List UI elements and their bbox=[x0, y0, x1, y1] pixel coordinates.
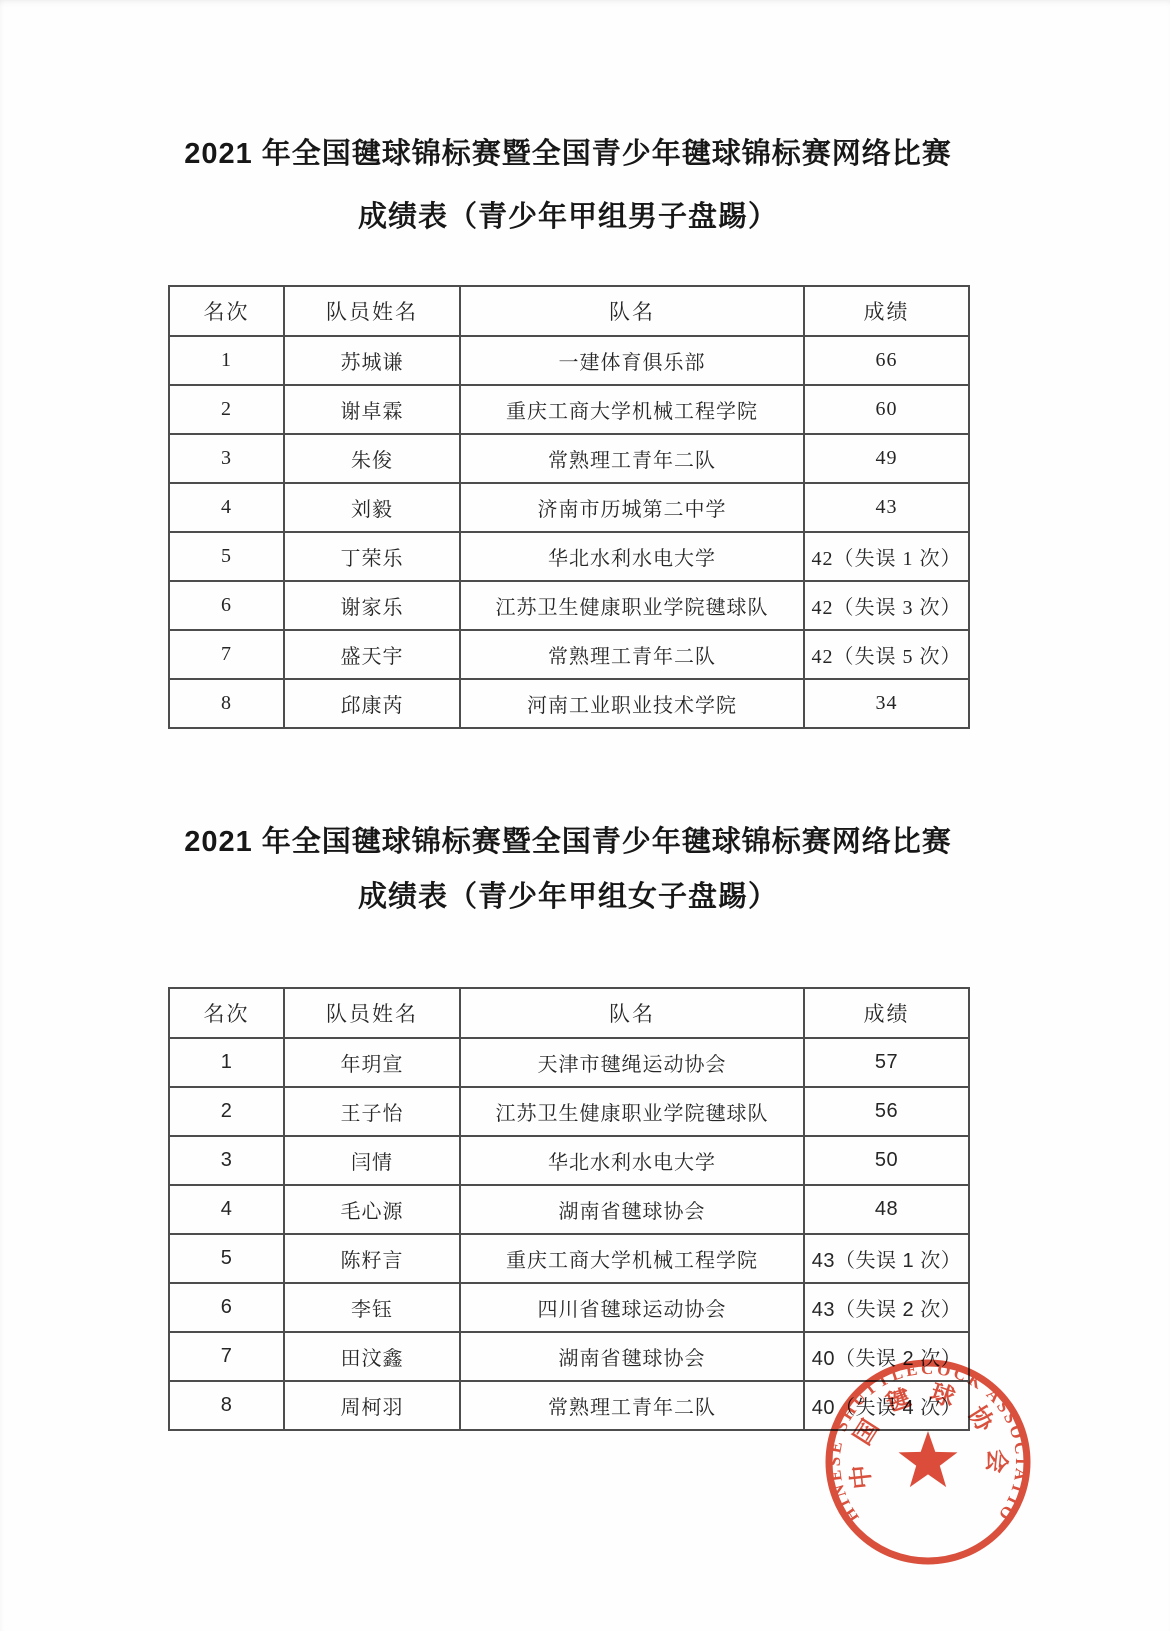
boys-section-title-line2: 成绩表（青少年甲组男子盘踢） bbox=[168, 197, 968, 237]
table-cell: 重庆工商大学机械工程学院 bbox=[460, 385, 804, 434]
table-cell: 1 bbox=[169, 336, 284, 385]
table-cell: 江苏卫生健康职业学院毽球队 bbox=[460, 1087, 804, 1136]
table-cell: 8 bbox=[169, 679, 284, 728]
table-cell: 常熟理工青年二队 bbox=[460, 630, 804, 679]
table-cell: 周柯羽 bbox=[284, 1381, 460, 1430]
table-cell: 57 bbox=[804, 1038, 969, 1087]
table-row: 3朱俊常熟理工青年二队49 bbox=[169, 434, 969, 483]
table-cell: 43（失误 1 次） bbox=[804, 1234, 969, 1283]
col-header-team-name: 队名 bbox=[460, 286, 804, 336]
table-cell: 谢卓霖 bbox=[284, 385, 460, 434]
table-cell: 42（失误 5 次） bbox=[804, 630, 969, 679]
table-cell: 34 bbox=[804, 679, 969, 728]
table-row: 1年玥宣天津市毽绳运动协会57 bbox=[169, 1038, 969, 1087]
table-cell: 3 bbox=[169, 434, 284, 483]
table-cell: 5 bbox=[169, 1234, 284, 1283]
table-cell: 湖南省毽球协会 bbox=[460, 1185, 804, 1234]
table-cell: 朱俊 bbox=[284, 434, 460, 483]
table-cell: 40（失误 4 次） bbox=[804, 1381, 969, 1430]
table-cell: 7 bbox=[169, 630, 284, 679]
table-cell: 60 bbox=[804, 385, 969, 434]
table-cell: 刘毅 bbox=[284, 483, 460, 532]
table-cell: 李钰 bbox=[284, 1283, 460, 1332]
col-header-rank: 名次 bbox=[169, 988, 284, 1038]
table-cell: 66 bbox=[804, 336, 969, 385]
table-row: 5陈籽言重庆工商大学机械工程学院43（失误 1 次） bbox=[169, 1234, 969, 1283]
table-cell: 湖南省毽球协会 bbox=[460, 1332, 804, 1381]
table-cell: 河南工业职业技术学院 bbox=[460, 679, 804, 728]
document-page: 2021 年全国毽球锦标赛暨全国青少年毽球锦标赛网络比赛 成绩表（青少年甲组男子… bbox=[0, 0, 1170, 1631]
table-row: 1苏城谦一建体育俱乐部66 bbox=[169, 336, 969, 385]
table-cell: 4 bbox=[169, 1185, 284, 1234]
stamp-star-icon bbox=[899, 1431, 958, 1487]
table-row: 2谢卓霖重庆工商大学机械工程学院60 bbox=[169, 385, 969, 434]
table-header-row: 名次 队员姓名 队名 成绩 bbox=[169, 286, 969, 336]
col-header-score: 成绩 bbox=[804, 286, 969, 336]
table-cell: 丁荣乐 bbox=[284, 532, 460, 581]
table-row: 5丁荣乐华北水利水电大学42（失误 1 次） bbox=[169, 532, 969, 581]
table-cell: 50 bbox=[804, 1136, 969, 1185]
table-cell: 华北水利水电大学 bbox=[460, 1136, 804, 1185]
table-cell: 邱康芮 bbox=[284, 679, 460, 728]
table-cell: 年玥宣 bbox=[284, 1038, 460, 1087]
table-cell: 江苏卫生健康职业学院毽球队 bbox=[460, 581, 804, 630]
table-cell: 43 bbox=[804, 483, 969, 532]
table-cell: 一建体育俱乐部 bbox=[460, 336, 804, 385]
table-cell: 重庆工商大学机械工程学院 bbox=[460, 1234, 804, 1283]
table-cell: 42（失误 1 次） bbox=[804, 532, 969, 581]
table-cell: 陈籽言 bbox=[284, 1234, 460, 1283]
table-row: 4刘毅济南市历城第二中学43 bbox=[169, 483, 969, 532]
table-cell: 48 bbox=[804, 1185, 969, 1234]
boys-section-title-line1: 2021 年全国毽球锦标赛暨全国青少年毽球锦标赛网络比赛 bbox=[168, 134, 968, 174]
table-cell: 42（失误 3 次） bbox=[804, 581, 969, 630]
table-cell: 毛心源 bbox=[284, 1185, 460, 1234]
table-header-row: 名次 队员姓名 队名 成绩 bbox=[169, 988, 969, 1038]
girls-results-table: 名次 队员姓名 队名 成绩 1年玥宣天津市毽绳运动协会572王子怡江苏卫生健康职… bbox=[168, 987, 970, 1431]
table-cell: 常熟理工青年二队 bbox=[460, 1381, 804, 1430]
table-cell: 8 bbox=[169, 1381, 284, 1430]
table-cell: 盛天宇 bbox=[284, 630, 460, 679]
col-header-rank: 名次 bbox=[169, 286, 284, 336]
col-header-score: 成绩 bbox=[804, 988, 969, 1038]
table-row: 6谢家乐江苏卫生健康职业学院毽球队42（失误 3 次） bbox=[169, 581, 969, 630]
table-row: 3闫情华北水利水电大学50 bbox=[169, 1136, 969, 1185]
table-cell: 2 bbox=[169, 1087, 284, 1136]
table-row: 2王子怡江苏卫生健康职业学院毽球队56 bbox=[169, 1087, 969, 1136]
table-cell: 济南市历城第二中学 bbox=[460, 483, 804, 532]
table-cell: 7 bbox=[169, 1332, 284, 1381]
table-row: 8邱康芮河南工业职业技术学院34 bbox=[169, 679, 969, 728]
table-row: 6李钰四川省毽球运动协会43（失误 2 次） bbox=[169, 1283, 969, 1332]
table-row: 8周柯羽常熟理工青年二队40（失误 4 次） bbox=[169, 1381, 969, 1430]
table-cell: 华北水利水电大学 bbox=[460, 532, 804, 581]
table-row: 4毛心源湖南省毽球协会48 bbox=[169, 1185, 969, 1234]
table-cell: 田汶鑫 bbox=[284, 1332, 460, 1381]
table-row: 7田汶鑫湖南省毽球协会40（失误 2 次） bbox=[169, 1332, 969, 1381]
table-cell: 6 bbox=[169, 581, 284, 630]
table-cell: 王子怡 bbox=[284, 1087, 460, 1136]
table-cell: 天津市毽绳运动协会 bbox=[460, 1038, 804, 1087]
table-cell: 苏城谦 bbox=[284, 336, 460, 385]
table-cell: 闫情 bbox=[284, 1136, 460, 1185]
table-cell: 3 bbox=[169, 1136, 284, 1185]
table-cell: 1 bbox=[169, 1038, 284, 1087]
table-cell: 谢家乐 bbox=[284, 581, 460, 630]
col-header-player-name: 队员姓名 bbox=[284, 286, 460, 336]
table-cell: 四川省毽球运动协会 bbox=[460, 1283, 804, 1332]
col-header-team-name: 队名 bbox=[460, 988, 804, 1038]
col-header-player-name: 队员姓名 bbox=[284, 988, 460, 1038]
table-row: 7盛天宇常熟理工青年二队42（失误 5 次） bbox=[169, 630, 969, 679]
table-cell: 5 bbox=[169, 532, 284, 581]
table-cell: 常熟理工青年二队 bbox=[460, 434, 804, 483]
girls-section-title-line1: 2021 年全国毽球锦标赛暨全国青少年毽球锦标赛网络比赛 bbox=[168, 822, 968, 862]
table-cell: 40（失误 2 次） bbox=[804, 1332, 969, 1381]
boys-results-table: 名次 队员姓名 队名 成绩 1苏城谦一建体育俱乐部662谢卓霖重庆工商大学机械工… bbox=[168, 285, 970, 729]
table-cell: 56 bbox=[804, 1087, 969, 1136]
girls-section-title-line2: 成绩表（青少年甲组女子盘踢） bbox=[168, 877, 968, 917]
table-cell: 6 bbox=[169, 1283, 284, 1332]
table-cell: 43（失误 2 次） bbox=[804, 1283, 969, 1332]
table-cell: 49 bbox=[804, 434, 969, 483]
table-cell: 4 bbox=[169, 483, 284, 532]
table-cell: 2 bbox=[169, 385, 284, 434]
